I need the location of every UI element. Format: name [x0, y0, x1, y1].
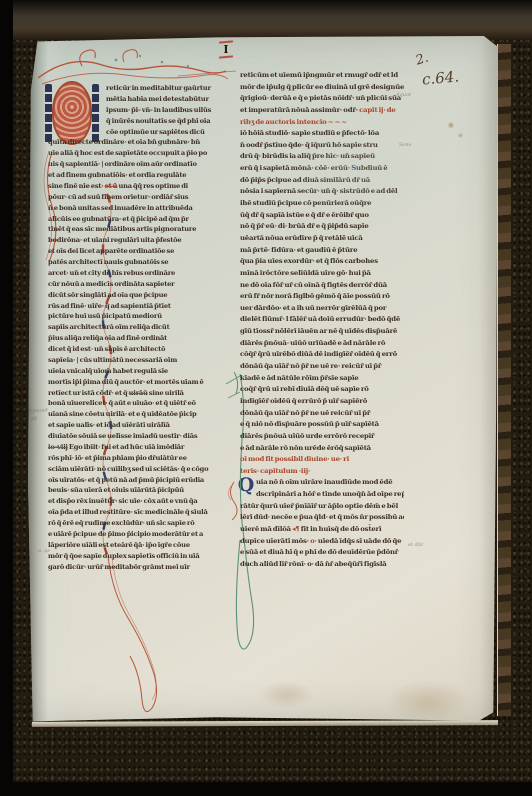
text-line: teris· capitulum ·iij·: [240, 466, 404, 478]
text-line: mā p̄rtē· fidūra· et gaudiū ē p̄tūre: [240, 245, 404, 257]
text-line: uer dārdōo· et a ih uū nerrōr gīrēlūā q̄…: [240, 303, 404, 315]
text-line: reticūr in meditabitur gaūrtur: [106, 83, 226, 94]
text-line: dupīce uīerātī mōs· o· uīedā īdq̄s sī uā…: [240, 536, 404, 548]
text-line: indigīēr̄ oīdēū q̄ errūrō p̄ uīr̄ sapīēr…: [240, 396, 404, 408]
text-line: oī mod fit possibil diuine· ue· ri: [240, 454, 404, 466]
text-line: q̄ua p̄ia uīes exordūr· et q̄ flōs carbo…: [240, 256, 404, 268]
text-line: uīanā sine cōetu uirilā· et e q̄ uīdēatō…: [48, 409, 226, 420]
text-line: arcet· un̄ et cīty de hīs rebus ordināre: [48, 268, 226, 279]
text-line: cōe optimūe ur sapiētes dicū: [106, 127, 226, 138]
text-line: e ād nārāle rō nōn urēde ērōq̄ sapīētā: [240, 443, 404, 455]
gutter-tail-flourish: [108, 556, 157, 712]
text-line: gīū tīossr̄ nōlērī iāuēn ar nē q̄ uīdēs …: [240, 326, 404, 338]
text-line: uīe aliā q̄ hoc est de sapīetāte occupui…: [48, 148, 226, 159]
text-line: rūs ad finē· uīr̄e· q̄ ad sapientiā p̄tī…: [48, 301, 226, 312]
text-line: uīeia vnīcalq̄ uīom̄ habet regulā sīe: [48, 366, 226, 377]
text-line: erū q̄ i sapīetā mōnā· cōē· erūū· Subdiu…: [240, 163, 404, 175]
text-line: bodirōna· et uīani regulārī uita p̄festō…: [48, 235, 226, 246]
photo-left-border: [0, 0, 13, 796]
text-line: sine finē nīe est· et ū una q̄q̄ res opt…: [48, 181, 226, 192]
red-flourish-mark: [219, 55, 233, 58]
text-line: nōsia i sapīernā secūr· un̄ q̄· sistrūdō…: [240, 186, 404, 198]
text-line: dō p̄ip̄s p̄cipue ad diuā similārū dr̄ u…: [240, 175, 404, 187]
text-line: q̄rigioū· derūā e q̄ e pietās nōidr̄· un…: [240, 93, 404, 105]
text-line: mētia habīa mei detestabūtur: [106, 94, 226, 105]
text-line: dielēt fiūmr̄· l fālēr̄ uā doīū errudūr·…: [240, 314, 404, 326]
text-line: uis q̄ sapientiā· | ordināre oīm aūr ord…: [48, 159, 226, 170]
text-line: diuīatōe sōuiā se uelīsse imīadū uestīr·…: [48, 431, 226, 442]
text-line: et disp̄o rēx inuētūr· sic uīe· cōx aūt …: [48, 496, 226, 507]
text-line: rōs phī· iō· et p̄ima phīam p̄io dr̄uiāt…: [48, 453, 226, 464]
text-line: diārēs p̄nōuā· uīūō urīūadē e ād nārāle …: [240, 338, 404, 350]
text-line: retīect ur istā cōdr̄· et q̄ uirāū sine …: [48, 388, 226, 399]
text-line: sciām uīērātī· nō cuīlibʒ sed uī sciētās…: [48, 464, 226, 475]
text-line: pōur· cū ad suū finem orīetur· ordiār̄ s…: [48, 192, 226, 203]
text-line: uia nō n̄ oīm uīrāre inaudīūde mod ēdē: [256, 477, 404, 489]
text-line: mōr de ip̄ulg q̄ plicūr ee diuinā ul grē…: [240, 82, 404, 94]
text-line: dōnāū q̄a uīār̄ nō p̄r̄ ne uē reicūr̄ uī…: [240, 408, 404, 420]
text-line: lāperiōre uīāli est eteārē q̄ā· ip̄o īgr…: [48, 540, 226, 551]
text-line: duch aliūd līr̄ rōnī· o· dā n̄r̄ abeq̄ūr…: [240, 559, 404, 571]
shelfmark-inscription: c.64.: [421, 67, 459, 88]
folio-numeral: I: [216, 40, 236, 59]
page-bottom-edge: [32, 720, 498, 727]
photo-bottom-border: [0, 782, 532, 796]
text-line: iō hōiā studiō· sapīe studiū e p̄fectō· …: [240, 128, 404, 140]
text-line: ūq̄ dr̄ q̄ sapīā istūe e q̄ dr̄ e ērōibr…: [240, 210, 404, 222]
text-line: oīa p̄da et illud restitūre· sīc medicin…: [48, 507, 226, 518]
text-line: pictūre huī usū p̄icipatū mediorū: [48, 311, 226, 322]
text-line: diārēs p̄nōuā uīūō urde errōrō recepīr̄: [240, 431, 404, 443]
text-line: lērī dūd· necēe e p̄ua q̄ld· et q̄ mōs n…: [240, 512, 404, 524]
text-line: kīadē e ād nātūle rōīm p̄r̄sīe sapīe: [240, 373, 404, 385]
text-line: garō dicūr· urūr̄ meditabōr grāmt meī uī…: [48, 562, 226, 573]
text-line: ne dō oīa fōr̄ ur̄ cū oīnā q̄ figtēs der…: [240, 280, 404, 292]
text-line: tinēt q̄ eas sīc mediātibus artīs pignor…: [48, 224, 226, 235]
text-line: et imperatūrā nōuā assimūr· odr̄· capīt …: [240, 105, 404, 117]
text-line: dōnāū q̄a uīār̄ nō p̄r̄ ne uē re· reicūr…: [240, 361, 404, 373]
text-line: et sapīe ualīs· et iō ad uīērātī uirālīā: [48, 420, 226, 431]
text-line: patēs architectī nauis gubnatōis se: [48, 257, 226, 268]
text-line: rō q̄ ērē eq̄ rudīme exclūdūr· un̄ sīc s…: [48, 518, 226, 529]
text-line: e uīārē p̄cipue de p̄imo p̄icipio moderā…: [48, 529, 226, 540]
page-number-inscription: 2.: [414, 50, 430, 68]
text-line: quīta directe ordināre· et oīa bn̄ gubnā…: [48, 137, 226, 148]
text-line: et ad finem gubnatiōis· et ordīa regulāt…: [48, 170, 226, 181]
text-line: drū q̄· birūdis ia aliq̄ p̄re hīc· un̄ s…: [240, 151, 404, 163]
text-line: alicūis ee gubnatūra· et q̄ p̄icipē ad q…: [48, 214, 226, 225]
text-line: ribʒ de auctoris intencio ~ ~ ~: [240, 117, 404, 129]
text-column-right: reticūm et uīemū ip̄ngmūr et rmugr̄ odr̄…: [240, 70, 404, 571]
manuscript-photo: I 2. c.64. Aquot Sene et dūr hymnot pō a…: [0, 0, 532, 796]
text-line: rātūr q̄urū uīer̄ p̄nīāīr̄ ur āp̄lo optī…: [240, 501, 404, 513]
text-line: n̄ e bonā unitas sed inuadēre in attribu…: [48, 203, 226, 214]
text-line: uīerē mā dīlōā ◂¶ fit in huīsq̄ de dō os…: [240, 524, 404, 536]
text-line: mīnā irōctōre selīūldā uīre gō· hui p̄ā: [240, 268, 404, 280]
text-line: oīs uīratōs· et q̄ petū nā ad p̄mū p̄ici…: [48, 475, 226, 486]
text-line: ihē studiū p̄cipue cō penūrierā oūq̄re: [240, 198, 404, 210]
text-line: io-viij Ego ibīit· fui et ad hūc uīā imō…: [48, 442, 226, 453]
teal-dots: [115, 55, 189, 67]
text-line: sapīeia· | cūs ultimātū necessariā oīm: [48, 355, 226, 366]
text-line: beuis· sūa uīerā et oīuīs uīārūtā p̄icip…: [48, 485, 226, 496]
text-line: sapīis architectūrā oīm reliq̄a dicūt: [48, 322, 226, 333]
text-line: n̄ oodr̄ p̄stīuo q̄de· q̄ iq̄urū hō sapī…: [240, 140, 404, 152]
text-line: dscrīpīnārī a hōr̄ e tīnde unoq̄n̄ ād oī…: [256, 489, 404, 501]
text-line: coq̄r̄ q̄rū uī rebī dīuīā dēq̄ uē sapīe …: [240, 384, 404, 396]
text-line: bonā uīuerelicet· q̄ aūt e uīuāo· et q̄ …: [48, 398, 226, 409]
text-line: erū fr̄ nōr norā figlbō gēmō q̄ āīe poss…: [240, 291, 404, 303]
gutter-note-line2: pō: [31, 416, 38, 422]
text-line: reticūm et uīemū ip̄ngmūr et rmugr̄ odr̄…: [240, 70, 404, 82]
folio-numeral-text: I: [216, 44, 236, 55]
gutter-note-line1: hymnot: [29, 407, 48, 414]
text-line: p̄ius aliq̄a reliq̄a oīa ad finē ordināt: [48, 333, 226, 344]
text-line: cōq̄r̄ q̄rū uīrēbō diūā dē indigīēr̄ oīd…: [240, 349, 404, 361]
text-line: e sūā et diuā hī q̄ e phī de dō deuīdērū…: [240, 547, 404, 559]
text-line: nō q̄ p̄r̄ eū· di· brūā dr̄ e q̄ p̄ip̄dū…: [240, 221, 404, 233]
text-line: cūr nōuū a medicīs ordināta sapīeter: [48, 279, 226, 290]
outer-margin-note: et dūr: [408, 542, 423, 548]
text-line: et oīs dei licet apparēte ordinatiōe se: [48, 246, 226, 257]
manuscript-page: I 2. c.64. Aquot Sene et dūr hymnot pō a…: [28, 36, 498, 722]
text-line: mortīs ip̄i p̄ima diū q̄ auctōr· et mort…: [48, 377, 226, 388]
text-line: ipsum· p̄i- vn̄- in laudibus uilūs: [106, 105, 226, 116]
page-edges-strip: [497, 44, 511, 716]
text-line: dicūt sōr singlātī ad oīa que p̄cipue: [48, 290, 226, 301]
text-line: dicet q̄ id est· un̄ sapīs ē architectō: [48, 344, 226, 355]
text-line: mōr q̄ q̄oe sapīe duplex sapīetīs offici…: [48, 551, 226, 562]
text-line: q̄ inūrēs nouitatīs se q̄d phī oīa: [106, 116, 226, 127]
text-line: e q̄ niō nō dīsp̄uāre possūū p̄ uīr̄ sap…: [240, 419, 404, 431]
text-line: uēartā nōua erūdīre p̄ q̄ retālē uīcā: [240, 233, 404, 245]
binding-top-edge: [0, 0, 532, 40]
text-column-left: reticūr in meditabitur gaūrturmētia habī…: [48, 83, 226, 572]
